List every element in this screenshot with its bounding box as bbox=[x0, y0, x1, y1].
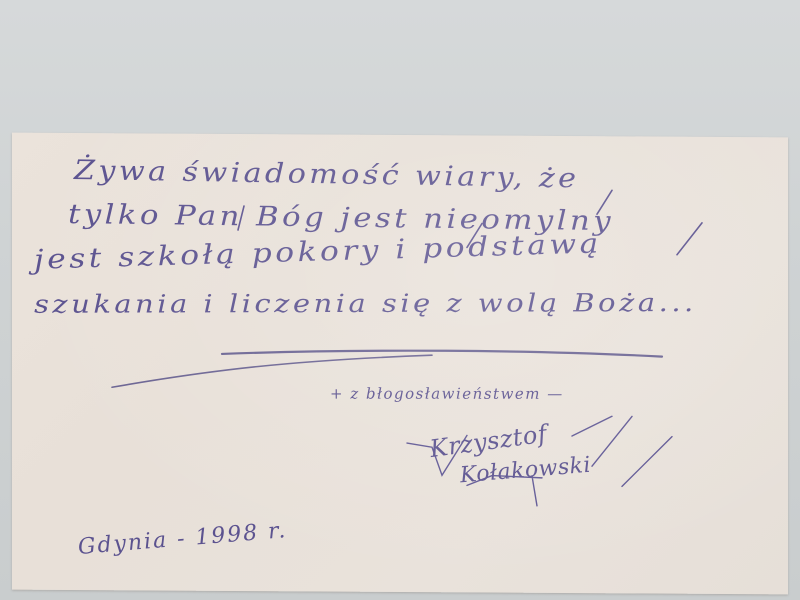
message-line-4: szukania i liczenia się z wolą Boża... bbox=[34, 288, 697, 319]
closing-blessing: + z błogosławieństwem — bbox=[330, 385, 564, 403]
underline-stroke-upper bbox=[222, 349, 662, 356]
handwritten-card: Żywa świadomość wiary, że tylko Pan Bóg … bbox=[12, 133, 788, 595]
